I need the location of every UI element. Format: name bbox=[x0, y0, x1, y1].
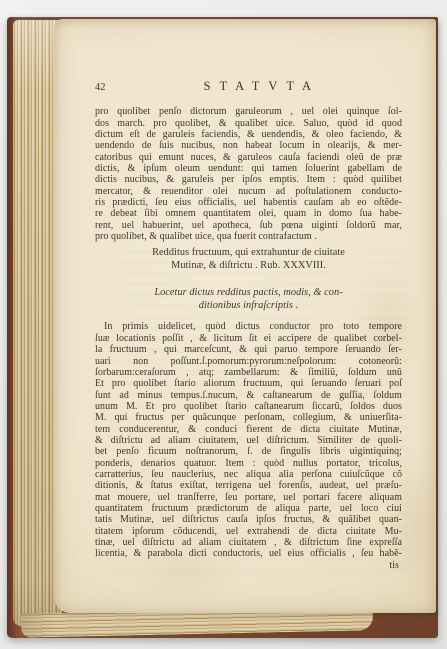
sub-rubric-line: Locetur dictus redditus pactis, modis, &… bbox=[95, 287, 402, 300]
text-line: ſunt ad minus tempus.ſ.nucum, & caſtanea… bbox=[95, 390, 402, 401]
text-line: carratterius, ſeu nauclerius, nec aliqua… bbox=[95, 469, 402, 480]
book: 42 STATVTA pro quolibet penſo dictorum g… bbox=[7, 17, 438, 638]
text-line: ditionis, & ſtatus exiſtat, terrigena ue… bbox=[95, 480, 402, 491]
rubric-line: Redditus fructuum, qui extrahuntur de ci… bbox=[95, 247, 402, 260]
text-line: Et pro quolibet ſtario aliorum fructuum,… bbox=[95, 378, 402, 389]
text-line: ponderis, denarios quatuor. Item : quòd … bbox=[95, 458, 402, 469]
sub-rubric-line: ditionibus infraſcriptis . bbox=[95, 300, 402, 313]
page-number: 42 bbox=[95, 82, 106, 93]
text-line: rent, uel habuerint, uel apotheca, ſub p… bbox=[95, 220, 402, 231]
text-line: bet penſo ficuum noſtranorum, ſ. de ſing… bbox=[95, 446, 402, 457]
text-line: licentia, & parabola dicti conductoris, … bbox=[95, 548, 402, 559]
running-title: STATVTA bbox=[106, 81, 402, 92]
text-line: pro quolibet penſo dictorum garuleorum ,… bbox=[95, 106, 402, 117]
page-header: 42 STATVTA bbox=[95, 81, 402, 93]
sub-rubric: Locetur dictus redditus pactis, modis, &… bbox=[95, 287, 402, 312]
text-line: titatem ipſorum cõducendi, uel extrahend… bbox=[95, 526, 402, 537]
rubric-heading: Redditus fructuum, qui extrahuntur de ci… bbox=[95, 247, 402, 272]
paragraph-2-body: ſuæ locationis poſſit , & licitum ſit ei… bbox=[95, 333, 402, 560]
text-line: ris prædicti, ſeu eius officialis, uel h… bbox=[95, 197, 402, 208]
catchword: tis bbox=[95, 560, 402, 571]
text-line: ſorbarum:ceraſorum , atq; zambellarum: &… bbox=[95, 367, 402, 378]
book-page: 42 STATVTA pro quolibet penſo dictorum g… bbox=[54, 19, 436, 613]
rubric-line: Mutinæ, & diſtrictu . Rub. XXXVIII. bbox=[95, 260, 402, 273]
text-line: unum M. Et pro quolibet ſtario caſtanear… bbox=[95, 401, 402, 412]
text-line: & diſtrictu ad aliam ciuitatem, uel diſt… bbox=[95, 435, 402, 446]
text-line: tem conducerentur, & conduci fierent de … bbox=[95, 424, 402, 435]
text-line: re debeat ſibi omnem quantitatem olei, q… bbox=[95, 208, 402, 219]
scan-background: 42 STATVTA pro quolibet penſo dictorum g… bbox=[0, 0, 447, 649]
text-line: mercator, & reuenditor olei nucum ad poſ… bbox=[95, 186, 402, 197]
page-text: 42 STATVTA pro quolibet penſo dictorum g… bbox=[95, 81, 402, 571]
paragraph-1-last-line: pro quolibet, & qualibet uice, qua fueri… bbox=[95, 231, 402, 242]
paragraph-1: pro quolibet penſo dictorum garuleorum ,… bbox=[95, 106, 402, 231]
text-line: tatis Mutinæ, uel diſtrictus cauſa ipſos… bbox=[95, 514, 402, 525]
text-line: dos march. pro quolibet, & qualibet uice… bbox=[95, 118, 402, 129]
text-line: quantitatem fructuum prædictorum de aliq… bbox=[95, 503, 402, 514]
paragraph-2-first-line: In primis uidelicet, quòd dictus conduct… bbox=[95, 321, 402, 332]
text-line: dictum eſt de garuleis faciendis, & uend… bbox=[95, 129, 402, 140]
text-line: la fructuum , qui marceſcunt, & qui paru… bbox=[95, 344, 402, 355]
text-line: dictis, & ipſum oleum uendunt: qui tamen… bbox=[95, 163, 402, 174]
text-line: uari non poſſunt.ſ.pomorum:pyrorum:neſpo… bbox=[95, 356, 402, 367]
text-line: catoribus qui emunt nuces, & garuleos ca… bbox=[95, 152, 402, 163]
text-line: uendendo de ſuis nucibus, non habeat loc… bbox=[95, 140, 402, 151]
text-line: tinæ, uel diſtrictu ad aliam ciuitatem ,… bbox=[95, 537, 402, 548]
text-line: mat mouere, uel tranſferre, ſeu portare,… bbox=[95, 492, 402, 503]
text-line: ſuæ locationis poſſit , & licitum ſit ei… bbox=[95, 333, 402, 344]
text-line: M. qui fructus per quãcunque perſonam, c… bbox=[95, 412, 402, 423]
paragraph-2: In primis uidelicet, quòd dictus conduct… bbox=[95, 321, 402, 571]
text-line: dictis nucibus, & garuleis per ipſos emp… bbox=[95, 174, 402, 185]
